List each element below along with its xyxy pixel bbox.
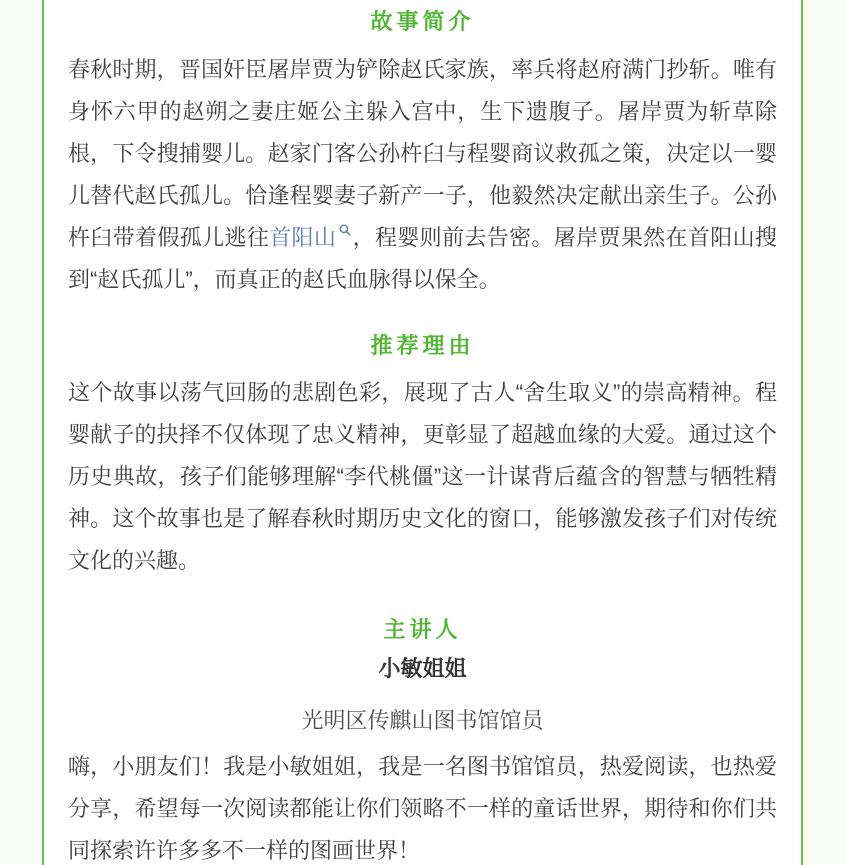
search-icon[interactable]	[338, 223, 352, 237]
presenter-section-heading: 主讲人	[68, 615, 777, 645]
article-card: 故事简介 春秋时期，晋国奸臣屠岸贾为铲除赵氏家族，率兵将赵府满门抄斩。唯有身怀六…	[42, 0, 803, 865]
story-paragraph: 春秋时期，晋国奸臣屠岸贾为铲除赵氏家族，率兵将赵府满门抄斩。唯有身怀六甲的赵朔之…	[68, 49, 777, 301]
presenter-name: 小敏姐姐	[68, 654, 777, 684]
section-presenter: 主讲人 小敏姐姐 光明区传麒山图书馆馆员 嗨，小朋友们！我是小敏姐姐，我是一名图…	[68, 615, 777, 865]
presenter-intro-paragraph: 嗨，小朋友们！我是小敏姐姐，我是一名图书馆馆员，热爱阅读，也热爱分享，希望每一次…	[68, 746, 777, 865]
presenter-title: 光明区传麒山图书馆馆员	[68, 706, 777, 736]
shouyangshan-link[interactable]: 首阳山	[269, 225, 352, 250]
story-section-heading: 故事简介	[68, 7, 777, 37]
section-recommendation: 推荐理由 这个故事以荡气回肠的悲剧色彩，展现了古人“舍生取义”的崇高精神。程婴献…	[68, 331, 777, 582]
shouyangshan-link-text[interactable]: 首阳山	[269, 225, 336, 250]
story-text-before-link: 春秋时期，晋国奸臣屠岸贾为铲除赵氏家族，率兵将赵府满门抄斩。唯有身怀六甲的赵朔之…	[68, 57, 777, 250]
recommendation-paragraph: 这个故事以荡气回肠的悲剧色彩，展现了古人“舍生取义”的崇高精神。程婴献子的抉择不…	[68, 372, 777, 582]
recommendation-section-heading: 推荐理由	[68, 331, 777, 361]
section-story: 故事简介 春秋时期，晋国奸臣屠岸贾为铲除赵氏家族，率兵将赵府满门抄斩。唯有身怀六…	[68, 7, 777, 301]
